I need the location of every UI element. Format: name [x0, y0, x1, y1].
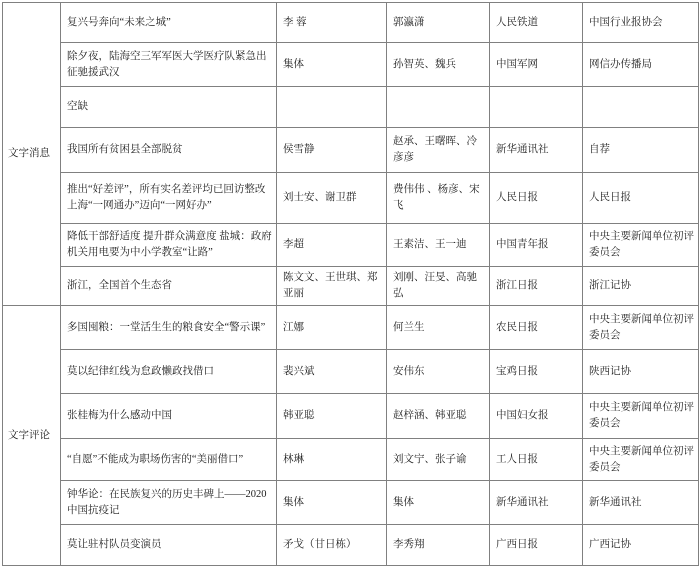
- table-row: 空缺: [3, 87, 699, 128]
- cell-publication: 新华通讯社: [490, 128, 583, 173]
- cell-author: 韩亚聪: [277, 394, 387, 439]
- cell-publication: 中国妇女报: [490, 394, 583, 439]
- table-row: 除夕夜，陆海空三军军医大学医疗队紧急出征驰援武汉 集体 孙智英、魏兵 中国军网 …: [3, 43, 699, 87]
- category-cell-text-commentary: 文字评论: [3, 306, 61, 566]
- cell-author: 林琳: [277, 439, 387, 481]
- cell-publication: 中国军网: [490, 43, 583, 87]
- cell-author: 集体: [277, 43, 387, 87]
- cell-author: 李 蓉: [277, 3, 387, 43]
- cell-editor: 王素洁、王一迪: [387, 224, 490, 267]
- cell-publication: 人民铁道: [490, 3, 583, 43]
- cell-recommender: 浙江记协: [583, 267, 699, 306]
- cell-title: 除夕夜，陆海空三军军医大学医疗队紧急出征驰援武汉: [61, 43, 277, 87]
- cell-editor: 赵梓涵、韩亚聪: [387, 394, 490, 439]
- cell-publication: 浙江日报: [490, 267, 583, 306]
- cell-editor: 刘文宁、张子谕: [387, 439, 490, 481]
- cell-editor: 刘刚、汪旻、高驰弘: [387, 267, 490, 306]
- cell-recommender: 广西记协: [583, 525, 699, 566]
- cell-recommender: 自荐: [583, 128, 699, 173]
- cell-publication: [490, 87, 583, 128]
- cell-recommender: 新华通讯社: [583, 481, 699, 525]
- cell-author: 侯雪静: [277, 128, 387, 173]
- cell-title: 钟华论：在民族复兴的历史丰碑上——2020中国抗疫记: [61, 481, 277, 525]
- cell-author: 刘士安、谢卫群: [277, 173, 387, 224]
- table-row: “自愿”不能成为职场伤害的“美丽借口” 林琳 刘文宁、张子谕 工人日报 中央主要…: [3, 439, 699, 481]
- cell-recommender: 中央主要新闻单位初评委员会: [583, 439, 699, 481]
- cell-title: 空缺: [61, 87, 277, 128]
- cell-recommender: 中央主要新闻单位初评委员会: [583, 394, 699, 439]
- cell-author: [277, 87, 387, 128]
- cell-publication: 农民日报: [490, 306, 583, 350]
- cell-author: 陈文文、王世琪、郑亚丽: [277, 267, 387, 306]
- table-row: 钟华论：在民族复兴的历史丰碑上——2020中国抗疫记 集体 集体 新华通讯社 新…: [3, 481, 699, 525]
- cell-title: 莫以纪律红线为怠政懒政找借口: [61, 350, 277, 394]
- cell-author: 江娜: [277, 306, 387, 350]
- cell-title: 莫让驻村队员变演员: [61, 525, 277, 566]
- cell-title: 多国囤粮：一堂活生生的粮食安全“警示课”: [61, 306, 277, 350]
- table-row: 文字评论 多国囤粮：一堂活生生的粮食安全“警示课” 江娜 何兰生 农民日报 中央…: [3, 306, 699, 350]
- cell-editor: 孙智英、魏兵: [387, 43, 490, 87]
- cell-editor: 赵承、王曙晖、冷彦彦: [387, 128, 490, 173]
- cell-recommender: 陕西记协: [583, 350, 699, 394]
- cell-editor: 费伟伟 、杨彦、宋飞: [387, 173, 490, 224]
- cell-title: 浙江，全国首个生态省: [61, 267, 277, 306]
- cell-editor: 李秀翔: [387, 525, 490, 566]
- cell-author: 集体: [277, 481, 387, 525]
- table-row: 文字消息 复兴号奔向“未来之城” 李 蓉 郭瀛潇 人民铁道 中国行业报协会: [3, 3, 699, 43]
- awards-entries-table: 文字消息 复兴号奔向“未来之城” 李 蓉 郭瀛潇 人民铁道 中国行业报协会 除夕…: [2, 2, 699, 566]
- table-row: 浙江，全国首个生态省 陈文文、王世琪、郑亚丽 刘刚、汪旻、高驰弘 浙江日报 浙江…: [3, 267, 699, 306]
- cell-publication: 中国青年报: [490, 224, 583, 267]
- table-row: 我国所有贫困县全部脱贫 侯雪静 赵承、王曙晖、冷彦彦 新华通讯社 自荐: [3, 128, 699, 173]
- table-row: 莫让驻村队员变演员 矛戈（甘日栋） 李秀翔 广西日报 广西记协: [3, 525, 699, 566]
- cell-title: 张桂梅为什么感动中国: [61, 394, 277, 439]
- table-row: 降低干部舒适度 提升群众满意度 盐城：政府机关用电要为中小学教室“让路” 李超 …: [3, 224, 699, 267]
- cell-publication: 新华通讯社: [490, 481, 583, 525]
- cell-title: “自愿”不能成为职场伤害的“美丽借口”: [61, 439, 277, 481]
- table-row: 推出“好差评”，所有实名差评均已回访整改 上海“一网通办”迈向“一网好办” 刘士…: [3, 173, 699, 224]
- cell-title: 复兴号奔向“未来之城”: [61, 3, 277, 43]
- cell-editor: 何兰生: [387, 306, 490, 350]
- cell-title: 我国所有贫困县全部脱贫: [61, 128, 277, 173]
- cell-editor: [387, 87, 490, 128]
- table-row: 张桂梅为什么感动中国 韩亚聪 赵梓涵、韩亚聪 中国妇女报 中央主要新闻单位初评委…: [3, 394, 699, 439]
- cell-author: 李超: [277, 224, 387, 267]
- cell-publication: 宝鸡日报: [490, 350, 583, 394]
- cell-recommender: [583, 87, 699, 128]
- cell-author: 裴兴斌: [277, 350, 387, 394]
- cell-recommender: 中央主要新闻单位初评委员会: [583, 306, 699, 350]
- cell-editor: 安伟东: [387, 350, 490, 394]
- cell-publication: 广西日报: [490, 525, 583, 566]
- cell-recommender: 人民日报: [583, 173, 699, 224]
- cell-editor: 郭瀛潇: [387, 3, 490, 43]
- category-cell-text-news: 文字消息: [3, 3, 61, 306]
- cell-author: 矛戈（甘日栋）: [277, 525, 387, 566]
- table-row: 莫以纪律红线为怠政懒政找借口 裴兴斌 安伟东 宝鸡日报 陕西记协: [3, 350, 699, 394]
- cell-title: 推出“好差评”，所有实名差评均已回访整改 上海“一网通办”迈向“一网好办”: [61, 173, 277, 224]
- cell-publication: 工人日报: [490, 439, 583, 481]
- cell-publication: 人民日报: [490, 173, 583, 224]
- cell-recommender: 网信办传播局: [583, 43, 699, 87]
- cell-recommender: 中国行业报协会: [583, 3, 699, 43]
- cell-recommender: 中央主要新闻单位初评委员会: [583, 224, 699, 267]
- cell-title: 降低干部舒适度 提升群众满意度 盐城：政府机关用电要为中小学教室“让路”: [61, 224, 277, 267]
- cell-editor: 集体: [387, 481, 490, 525]
